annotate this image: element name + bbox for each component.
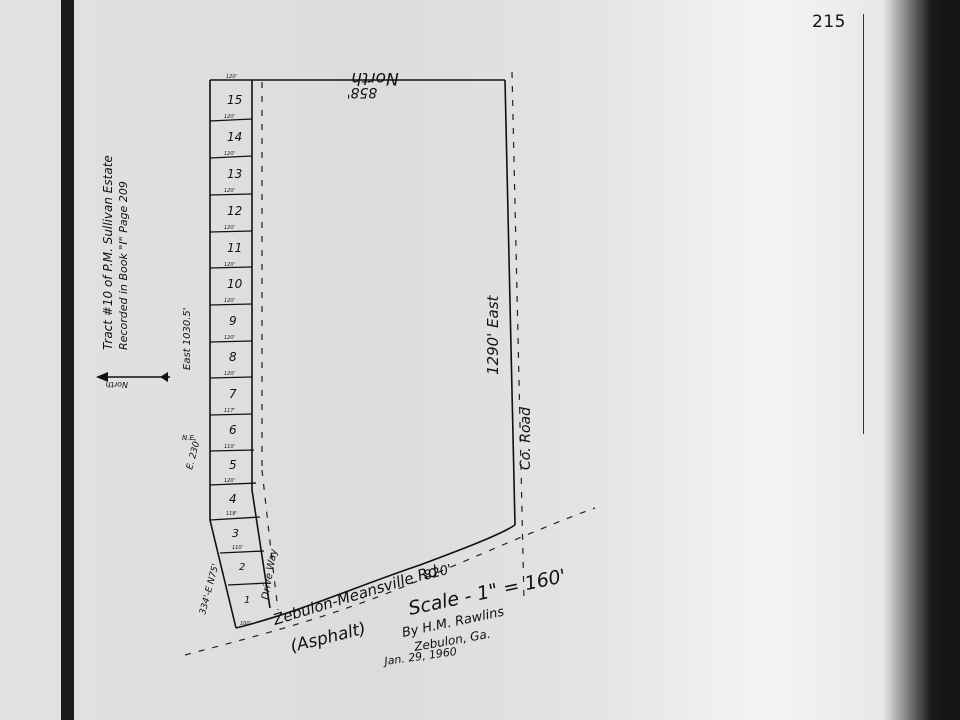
lot-15: 15 — [227, 93, 242, 107]
lot-4: 4 — [229, 492, 237, 506]
lot-12: 12 — [227, 204, 242, 218]
lot-6: 6 — [229, 423, 237, 437]
svg-text:120': 120' — [224, 225, 235, 231]
southwest-lower-length: 334'-E N75' — [198, 563, 221, 616]
svg-text:110': 110' — [232, 545, 243, 551]
corner-note: N.E. — [182, 434, 196, 442]
margin-note-line2: Recorded in Book "I" Page 209 — [117, 181, 130, 350]
north-arrow-label: North — [106, 380, 128, 389]
lot-dividers — [210, 119, 268, 585]
lot-8: 8 — [229, 350, 237, 364]
survey-plat-drawing: North Tract #10 of P.M. Sullivan Estate … — [0, 0, 960, 720]
west-boundary-length: East 1030.5' — [182, 308, 193, 371]
margin-note-line1: Tract #10 of P.M. Sullivan Estate — [101, 155, 115, 350]
lot-5: 5 — [229, 458, 237, 472]
svg-text:117': 117' — [224, 408, 235, 414]
lot-2: 2 — [239, 562, 245, 573]
lot-numbers: 15 14 13 12 11 10 9 8 7 6 5 4 3 2 1 — [227, 93, 250, 606]
driveway-label: Drive Way — [260, 547, 280, 600]
svg-text:120': 120' — [224, 335, 235, 341]
lot-11: 11 — [227, 241, 242, 255]
svg-text:110': 110' — [224, 444, 235, 450]
svg-text:100': 100' — [240, 621, 251, 627]
lot-14: 14 — [227, 130, 242, 144]
north-boundary-length: 858' — [347, 84, 378, 100]
lot-7: 7 — [229, 387, 237, 401]
tract-outline — [210, 80, 515, 628]
svg-text:118': 118' — [226, 511, 237, 517]
lot-1: 1 — [244, 595, 250, 606]
svg-text:120': 120' — [224, 298, 235, 304]
svg-text:120': 120' — [226, 74, 237, 80]
svg-text:120': 120' — [224, 188, 235, 194]
svg-text:120': 120' — [224, 478, 235, 484]
road-surface: (Asphalt) — [288, 619, 368, 657]
lot-13: 13 — [227, 167, 242, 181]
lot-10: 10 — [227, 277, 243, 291]
dashed-lines — [185, 72, 595, 655]
svg-text:120': 120' — [224, 371, 235, 377]
svg-text:120': 120' — [224, 114, 235, 120]
southwest-upper-length: E. 230' — [185, 438, 203, 471]
east-boundary-length: 1290' East — [484, 294, 502, 375]
svg-text:120': 120' — [224, 151, 235, 157]
lot-3: 3 — [232, 527, 239, 540]
svg-text:120': 120' — [224, 262, 235, 268]
lot-9: 9 — [229, 314, 237, 328]
north-arrow-icon: North — [96, 372, 170, 389]
east-road-label: Co. Road — [518, 407, 534, 470]
